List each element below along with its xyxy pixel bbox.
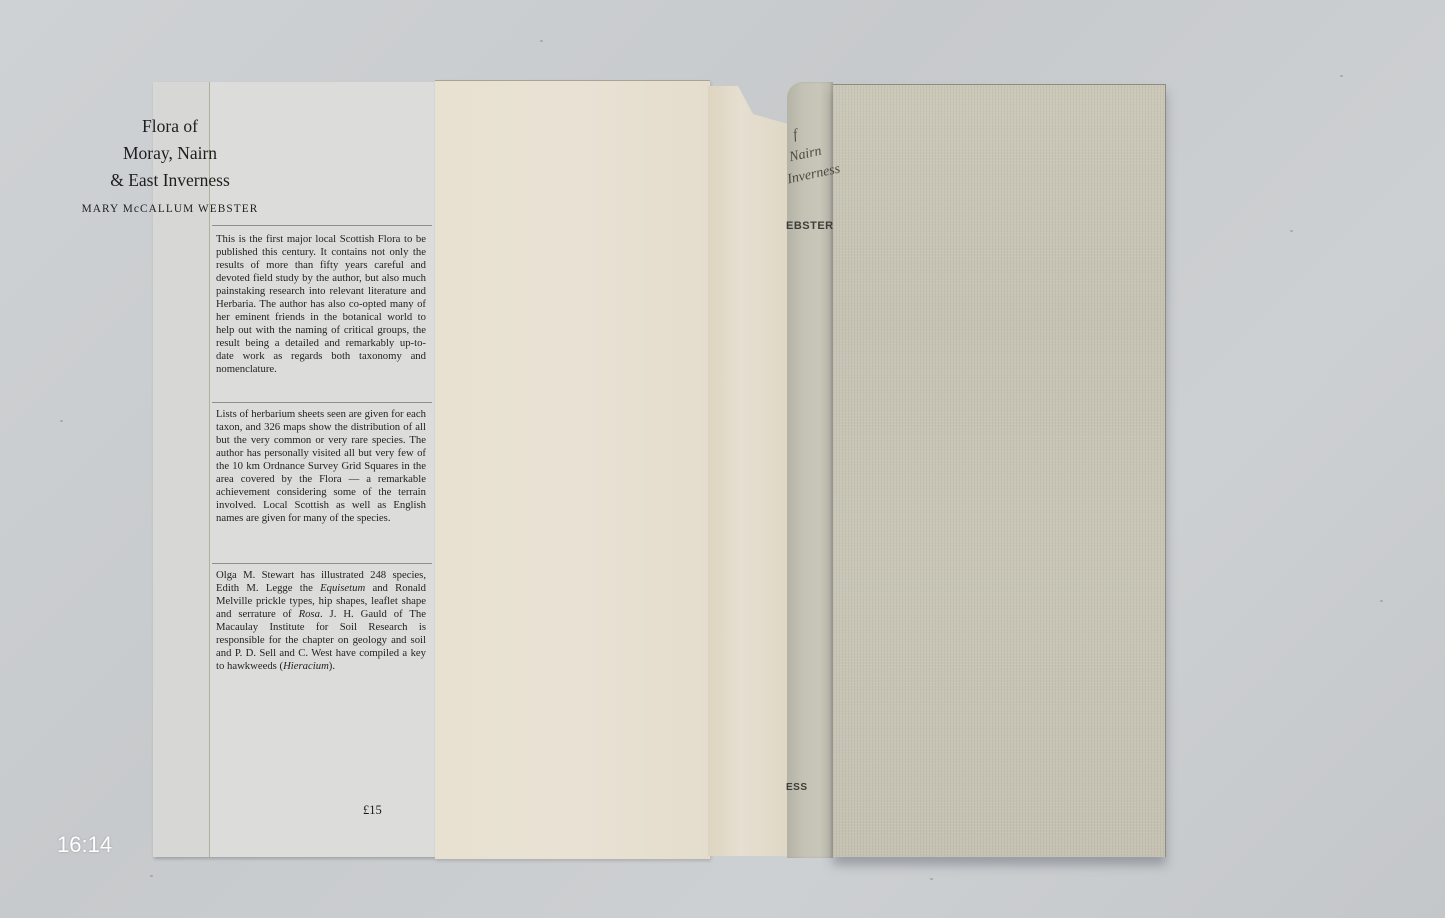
spine-publisher: ESS [786,782,808,793]
book-title: Flora of Moray, Nairn & East Inverness [58,113,282,194]
blurb-paragraph-1: This is the first major local Scottish F… [216,233,426,376]
dust-jacket-spine-fold [708,86,788,856]
book-cloth-cover [833,84,1166,857]
blurb-paragraph-3: Olga M. Stewart has illustrated 248 spec… [216,569,426,673]
title-line: Flora of [58,113,282,140]
blurb-paragraph-2: Lists of herbarium sheets seen are given… [216,408,426,525]
divider [212,402,432,403]
divider [212,225,432,226]
spine-author: EBSTER [786,220,834,232]
title-line: & East Inverness [58,167,282,194]
spine-title: f Nairn Inverness [789,120,841,186]
title-line: Moray, Nairn [58,140,282,167]
divider [212,563,432,564]
price-label: £15 [363,803,382,818]
flap-fold [153,82,210,857]
dust-jacket-inside [435,80,710,859]
timestamp-overlay: 16:14 [57,832,112,858]
book-spine [787,82,833,858]
author-name: MARY McCALLUM WEBSTER [58,203,282,215]
